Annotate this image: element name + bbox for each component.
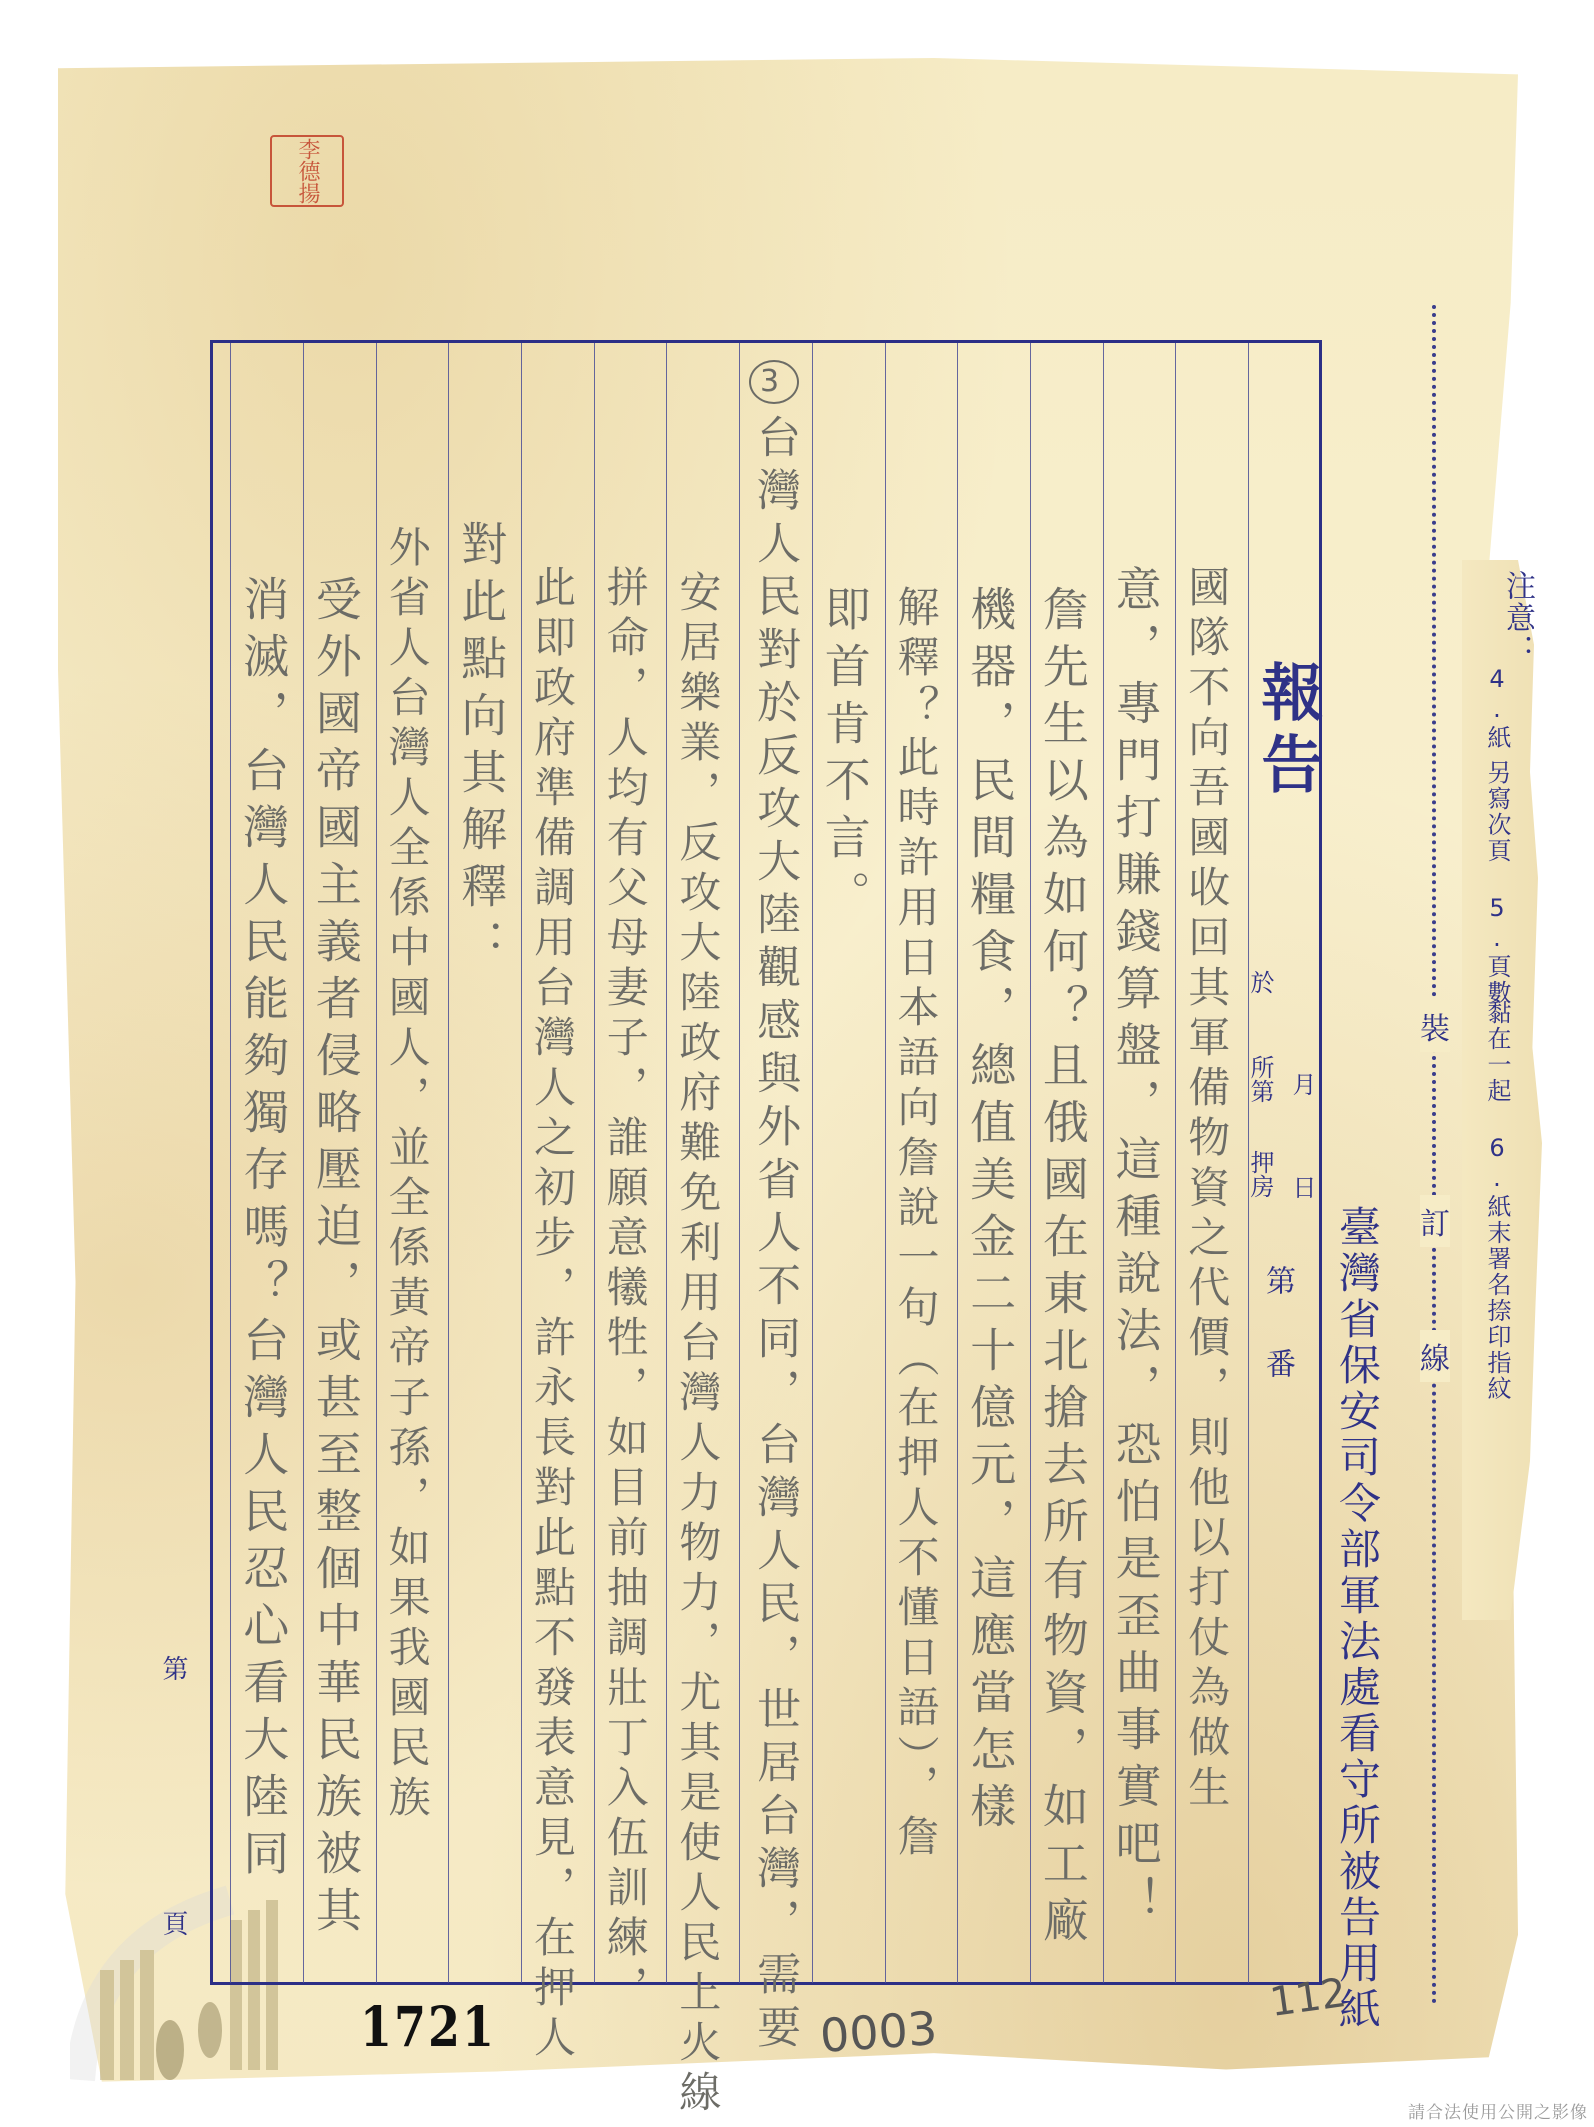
column-rule — [303, 343, 304, 1983]
header-cell-label-2: 押房 — [1248, 1150, 1272, 1198]
column-rule — [1175, 343, 1176, 1983]
form-title: 報告 — [1256, 660, 1318, 804]
header-number-prefix: 第 — [1262, 1265, 1292, 1306]
header-number-suffix: 番 — [1262, 1348, 1292, 1389]
form-issuer-title: 臺灣省保安司令部軍法處看守所被告用紙 — [1336, 1205, 1378, 2033]
handwritten-line: 3台灣人民對於反攻大陸觀感與外省人不同，台灣人民，世居台灣，需要 — [749, 360, 799, 2057]
seal-char: 揚 — [296, 182, 318, 204]
handwritten-line: 此即政府準備調用台灣人之初步，許永長對此點不發表意見，在押人 — [531, 565, 573, 2065]
column-rule — [666, 343, 667, 1983]
header-day-label: 日 — [1290, 1175, 1314, 1210]
section-number-marker: 3 — [749, 360, 799, 404]
handwritten-line: 消滅，台灣人民能夠獨存嗎？台灣人民忍心看大陸同 — [240, 575, 286, 1886]
seal-char: 德 — [296, 160, 318, 182]
handwritten-line: 安居樂業，反攻大陸政府難免利用台灣人力物力，尤其是使人民上火線 — [676, 570, 718, 2120]
column-rule — [1103, 343, 1104, 1983]
handwritten-line: 機器，民間糧食，總值美金二十億元，這應當怎樣 — [967, 585, 1013, 1839]
column-rule — [376, 343, 377, 1983]
column-rule — [230, 343, 231, 1983]
column-rule — [739, 343, 740, 1983]
seal-char: 李 — [296, 138, 318, 160]
binding-label-1: 裝 — [1420, 1000, 1450, 1052]
column-rule — [448, 343, 449, 1983]
binding-dotted-line — [1432, 305, 1436, 2005]
handwritten-line: 即首肯不言。 — [822, 585, 868, 927]
column-rule — [521, 343, 522, 1983]
column-rule — [1030, 343, 1031, 1983]
margin-note-item: 另寫次頁 5.頁數 — [1480, 760, 1515, 1006]
column-rule — [885, 343, 886, 1983]
personal-seal: 李 德 揚 — [270, 135, 344, 207]
header-month-label: 月 — [1290, 1072, 1314, 1107]
handwritten-line: 意，專門打賺錢算盤，這種說法，恐怕是歪曲事實吧！ — [1113, 565, 1159, 1933]
margin-note-item: 4.紙 — [1480, 665, 1515, 751]
column-rule — [594, 343, 595, 1983]
handwritten-line: 拼命，人均有父母妻子，誰願意犧牲，如目前抽調壯丁入伍訓練， — [604, 565, 646, 2015]
margin-note-heading: 注意： — [1495, 570, 1539, 666]
margin-note-item: 黏在一起 6.紙末署名捺印指紋 — [1480, 1000, 1515, 1402]
binding-label-3: 線 — [1420, 1330, 1450, 1382]
column-rule — [812, 343, 813, 1983]
pencil-sequence-number: 0003 — [818, 2001, 939, 2063]
handwritten-line: 對此點向其解釋： — [458, 520, 504, 976]
handwritten-line: 解釋？此時許用日本語向詹說一句（在押人不懂日語），詹 — [895, 585, 937, 1864]
usage-watermark: 請合法使用公開之影像 — [1408, 2098, 1588, 2123]
header-at-label: 於 — [1248, 970, 1272, 1005]
handwritten-line: 受外國帝國主義者侵略壓迫，或甚至整個中華民族被其 — [313, 575, 359, 1943]
page-label-top: 第 — [160, 1655, 186, 1692]
page-label-bottom: 頁 — [160, 1910, 186, 1947]
stamped-archive-number: 1721 — [360, 1995, 496, 2060]
handwritten-line: 國隊不向吾國收回其軍備物資之代價，則他以打仗為做生 — [1185, 565, 1227, 1815]
column-rule — [957, 343, 958, 1983]
header-cell-label-1: 所第 — [1248, 1055, 1272, 1103]
binding-label-2: 訂 — [1420, 1195, 1450, 1247]
handwritten-line: 詹先生以為如何？且俄國在東北搶去所有物資，如工廠 — [1040, 585, 1086, 1953]
handwritten-line: 外省人台灣人全係中國人，並全係黃帝子孫，如果我國民族 — [386, 525, 428, 1825]
